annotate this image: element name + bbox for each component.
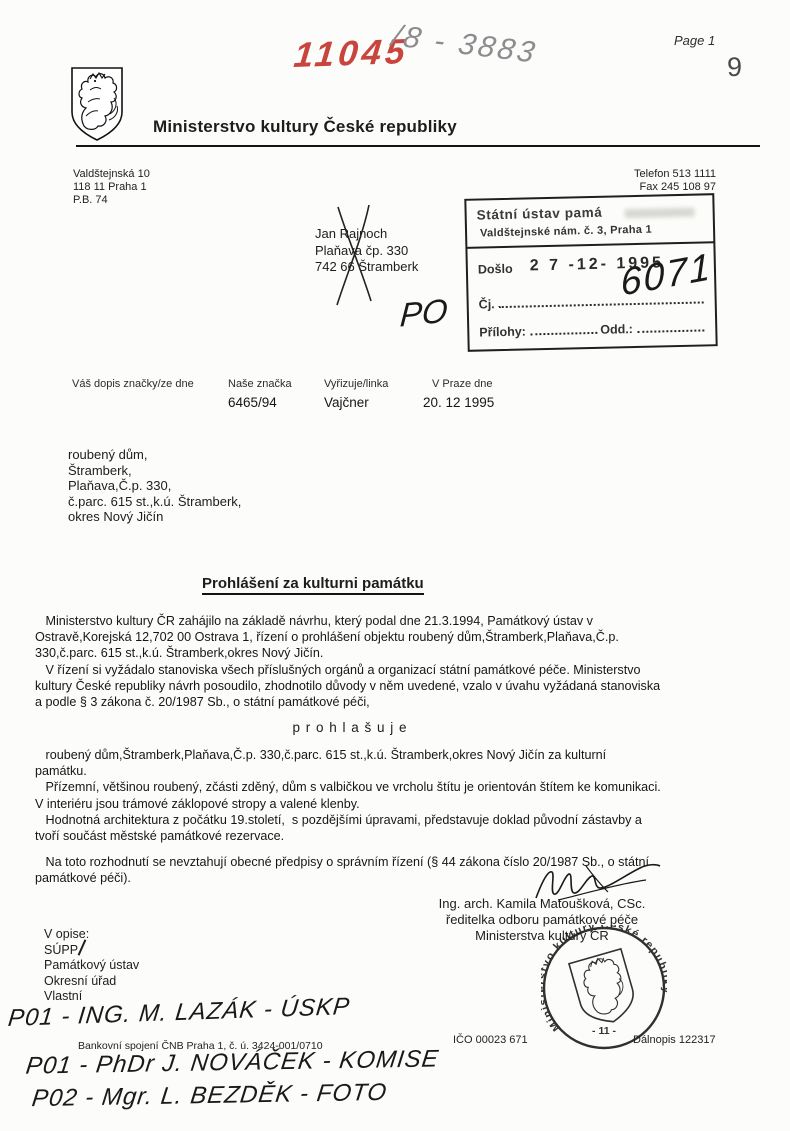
dotted-line	[530, 322, 598, 336]
prilohy-row: Přílohy: Odd.:	[479, 319, 707, 339]
contact-block: Telefon 513 1111 Fax 245 108 97	[520, 168, 716, 194]
sender-address-line: P.B. 74	[73, 194, 150, 207]
header-divider-line	[76, 145, 760, 147]
signer-name: Ing. arch. Kamila Matoušková, CSc.	[406, 896, 678, 912]
copies-item: Památkový ústav	[44, 958, 139, 974]
arrival-stamp-org-address: Valdštejnské nám. č. 3, Praha 1	[480, 224, 652, 240]
paragraph: Přízemní, většinou roubený, zčásti zděný…	[35, 780, 661, 810]
stamp-ring-text: Ministerstvo kultury České republiky	[541, 925, 667, 1033]
sender-address-line: Valdštejnská 10	[73, 168, 150, 181]
sender-address-block: Valdštejnská 10 118 11 Praha 1 P.B. 74	[73, 168, 150, 207]
subject-line: okres Nový Jičín	[68, 509, 241, 525]
handwritten-pencil-registry-number: /8 - 3883	[389, 19, 541, 70]
odd-label: Odd.:	[600, 322, 633, 337]
subject-line: roubený dům,	[68, 447, 241, 463]
stamp-bottom-number: - 11 -	[592, 1025, 616, 1037]
page-number: 9	[727, 52, 742, 83]
scanned-letter-page: 11045 /8 - 3883 Page 1 9 Ministerstvo ku…	[0, 0, 790, 1131]
arrival-stamp-org-name: Státní ústav pamá	[476, 205, 602, 223]
ref-col-label: Naše značka	[228, 378, 292, 390]
letter-heading: Prohlášení za kulturni památku	[202, 575, 424, 595]
copies-block: V opise: SÚPP Památkový ústav Okresní úř…	[44, 927, 139, 1005]
copies-item: Okresní úřad	[44, 974, 139, 990]
prilohy-label: Přílohy:	[479, 324, 526, 339]
ref-col-value: Vajčner	[324, 395, 369, 410]
stamp-shield-lion	[569, 949, 640, 1029]
paragraph: roubený dům,Štramberk,Plaňava,Č.p. 330,č…	[35, 748, 606, 778]
page-label: Page 1	[674, 33, 715, 48]
body-paragraphs-2: roubený dům,Štramberk,Plaňava,Č.p. 330,č…	[35, 747, 769, 844]
ref-col-value: 6465/94	[228, 395, 277, 410]
subject-block: roubený dům, Štramberk, Plaňava,Č.p. 330…	[68, 447, 241, 525]
doslo-label: Došlo	[478, 262, 513, 277]
arrival-stamp-divider	[466, 241, 714, 249]
subject-line: Plaňava,Č.p. 330,	[68, 478, 241, 494]
handwritten-po-note: PO	[399, 291, 449, 334]
handwritten-x-cross-mark	[328, 203, 378, 307]
declares-line: p r o h l a š u j e	[35, 720, 665, 735]
copies-label: V opise:	[44, 927, 139, 943]
paragraph: V řízení si vyžádalo stanoviska všech př…	[35, 663, 660, 709]
telefon-line: Telefon 513 1111	[520, 168, 716, 181]
reference-row: Váš dopis značky/ze dne Naše značka 6465…	[72, 378, 542, 418]
round-ministry-stamp: Ministerstvo kultury České republiky - 1…	[541, 925, 667, 1051]
paragraph: Hodnotná architektura z počátku 19.stole…	[35, 813, 642, 843]
body-paragraphs-1: Ministerstvo kultury ČR zahájilo na zákl…	[35, 613, 769, 710]
ref-col-label: V Praze dne	[432, 378, 493, 390]
copies-item: SÚPP	[44, 943, 139, 959]
dalnopis-number: Dálnopis 122317	[633, 1034, 716, 1046]
handwritten-note: P02 - Mgr. L. BEZDĚK - FOTO	[30, 1079, 388, 1113]
faded-stamp-text	[625, 208, 695, 219]
bank-details: Bankovní spojení ČNB Praha 1, č. ú. 3424…	[78, 1040, 323, 1052]
paragraph: Ministerstvo kultury ČR zahájilo na zákl…	[35, 614, 619, 660]
ref-col-label: Váš dopis značky/ze dne	[72, 378, 194, 390]
ministry-title: Ministerstvo kultury České republiky	[153, 117, 457, 137]
fax-line: Fax 245 108 97	[520, 181, 716, 194]
cj-label: Čj.	[479, 297, 495, 311]
czech-lion-coat-of-arms-icon	[70, 66, 124, 142]
ref-col-label: Vyřizuje/linka	[324, 378, 388, 390]
ref-col-value: 20. 12 1995	[423, 395, 494, 410]
subject-line: Štramberk,	[68, 463, 241, 479]
sender-address-line: 118 11 Praha 1	[73, 181, 150, 194]
ico-number: IČO 00023 671	[453, 1034, 528, 1046]
dotted-line	[637, 319, 705, 333]
arrival-stamp-box: Státní ústav pamá Valdštejnské nám. č. 3…	[464, 193, 717, 352]
subject-line: č.parc. 615 st.,k.ú. Štramberk,	[68, 494, 241, 510]
